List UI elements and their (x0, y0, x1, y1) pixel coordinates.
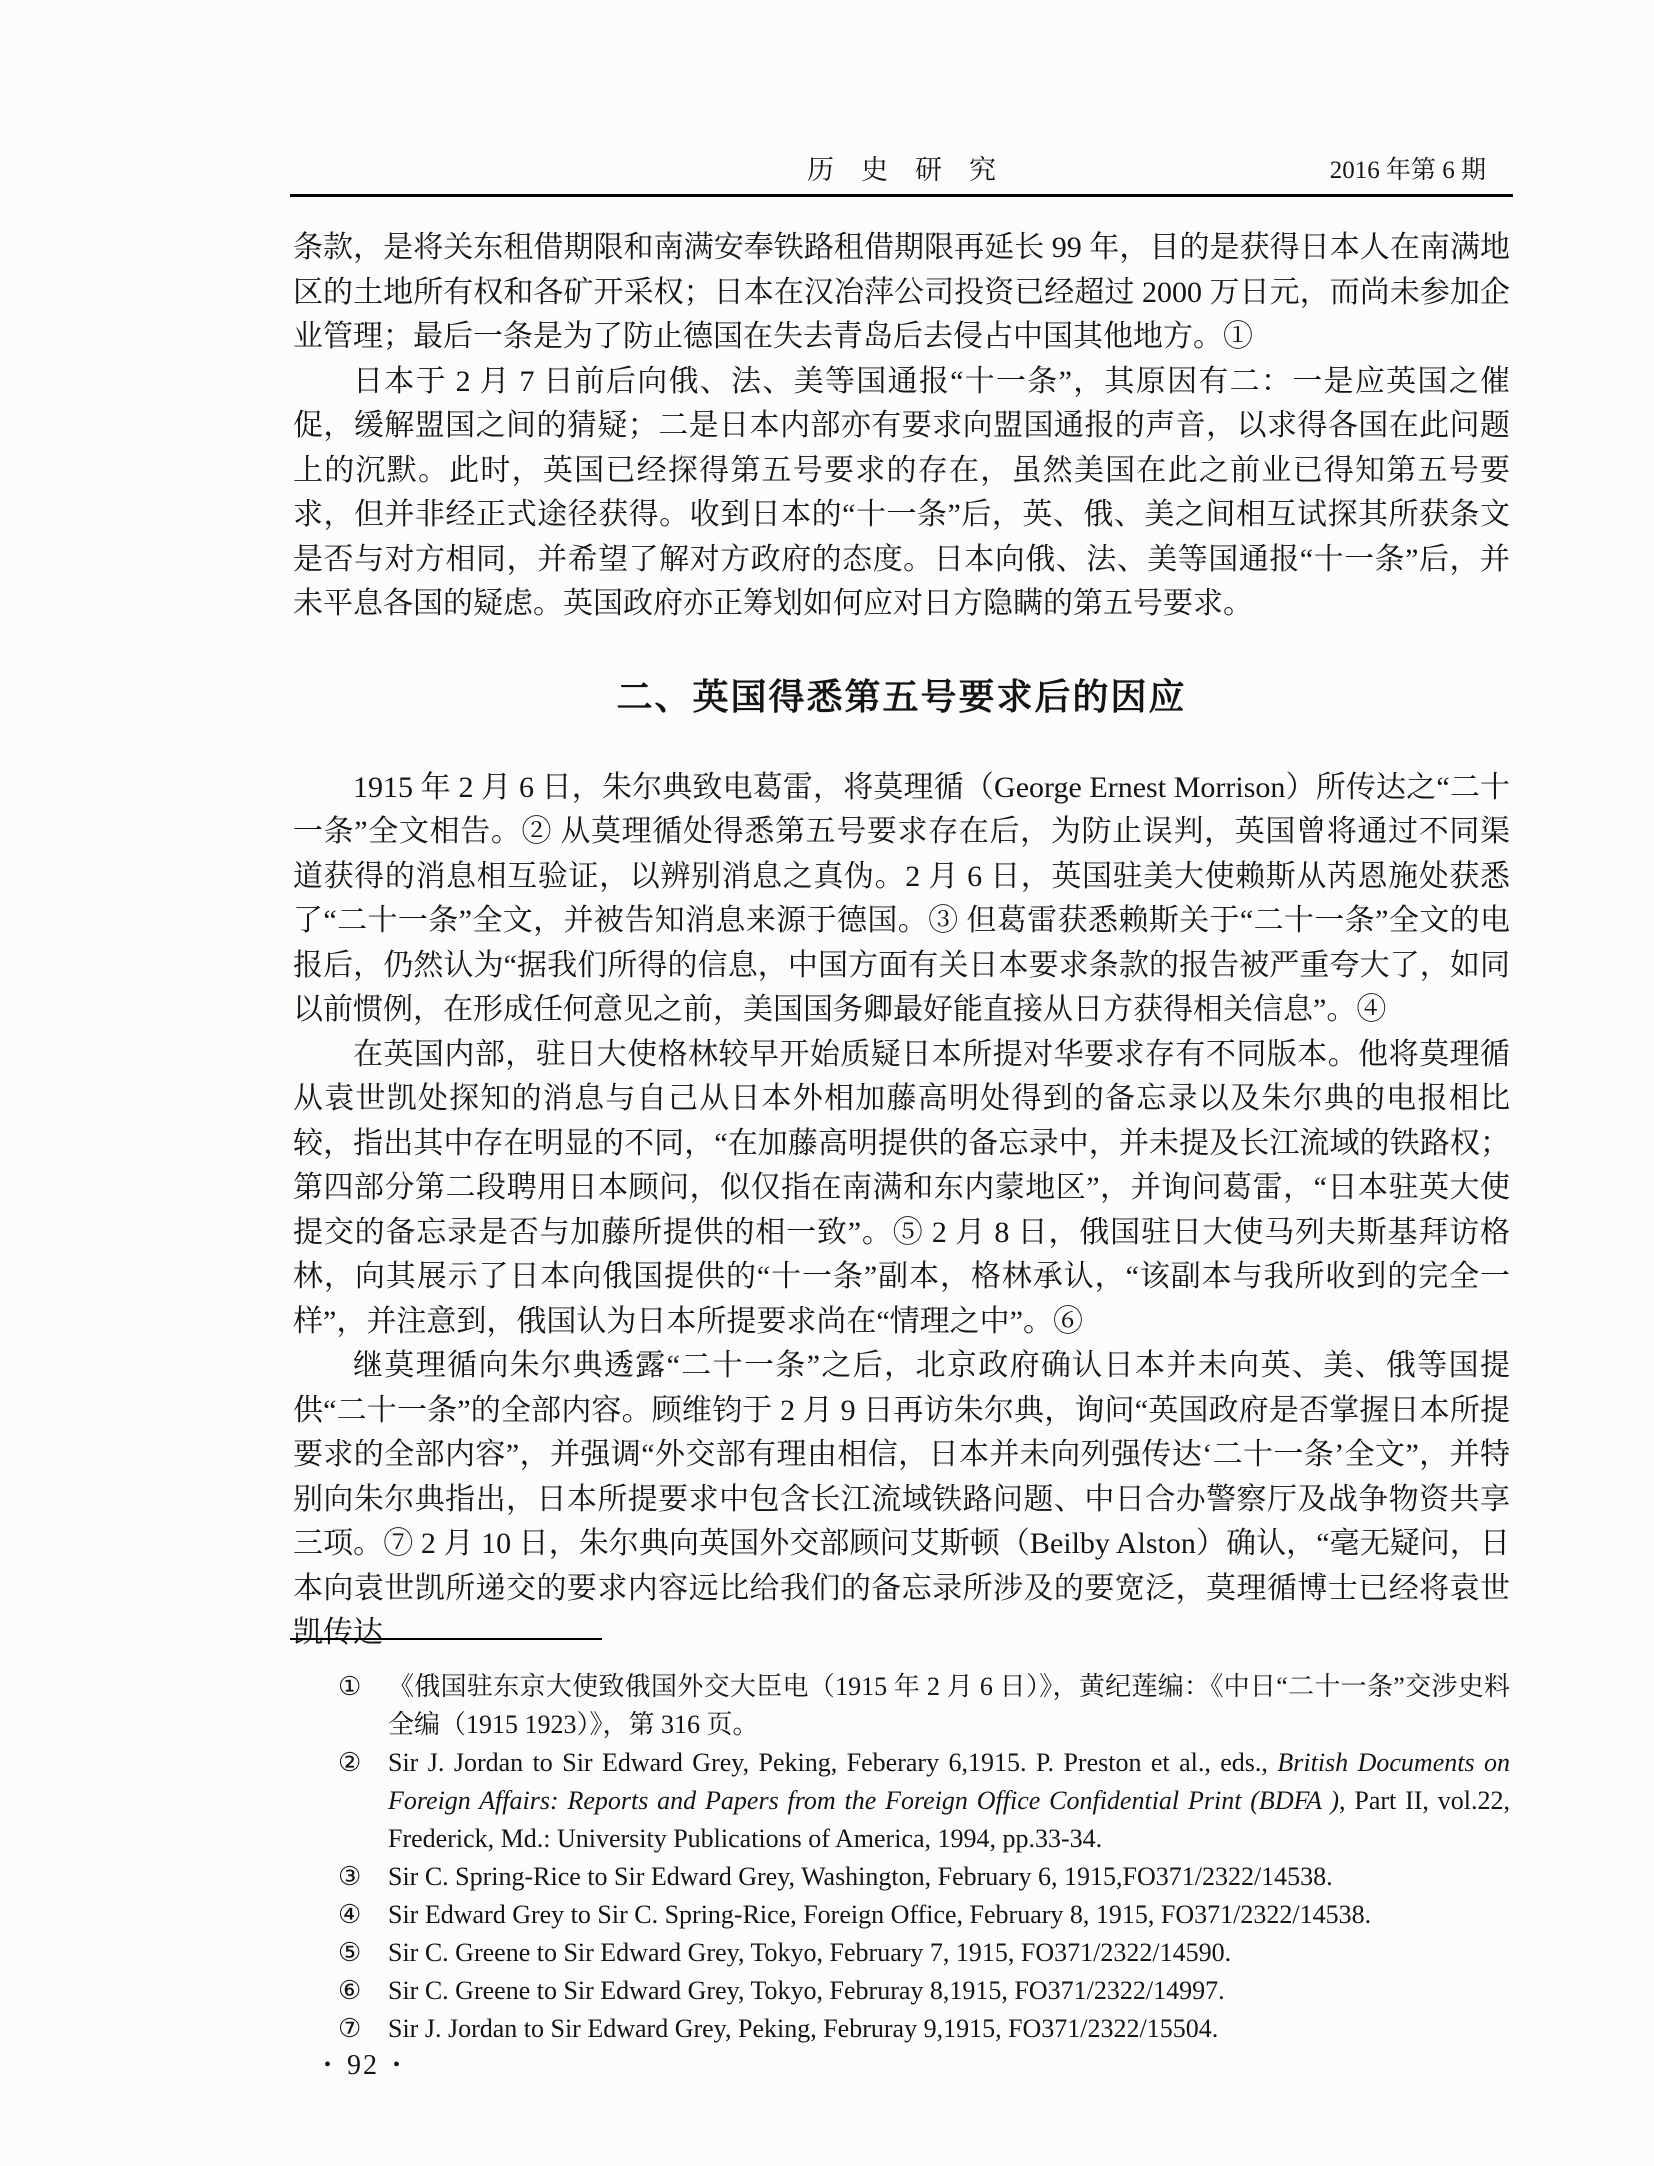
journal-title: 历史研究 (293, 148, 1510, 187)
footnote: ③ Sir C. Spring-Rice to Sir Edward Grey,… (293, 1858, 1510, 1896)
footnote-number: ③ (338, 1858, 361, 1896)
footnote-text: Sir C. Greene to Sir Edward Grey, Tokyo,… (388, 1976, 1225, 2005)
page-number-dot: • (379, 2054, 416, 2076)
footnote-number: ① (338, 1668, 361, 1706)
footnote-text: 《俄国驻东京大使致俄国外交大臣电（1915 年 2 月 6 日）》，黄纪莲编：《… (388, 1672, 1510, 1739)
footnote-number: ⑤ (338, 1934, 361, 1972)
footnote: ⑥ Sir C. Greene to Sir Edward Grey, Toky… (293, 1972, 1510, 2010)
paragraph: 在英国内部，驻日大使格林较早开始质疑日本所提对华要求存有不同版本。他将莫理循从袁… (293, 1033, 1510, 1345)
paragraph: 日本于 2 月 7 日前后向俄、法、美等国通报“十一条”，其原因有二：一是应英国… (293, 360, 1510, 627)
footnote-number: ⑦ (338, 2010, 361, 2048)
footnote-separator-rule (290, 1638, 602, 1640)
footnote: ① 《俄国驻东京大使致俄国外交大臣电（1915 年 2 月 6 日）》，黄纪莲编… (293, 1668, 1510, 1744)
paragraph: 1915 年 2 月 6 日，朱尔典致电葛雷，将莫理循（George Ernes… (293, 766, 1510, 1033)
page-number-value: 92 (347, 2050, 379, 2081)
page-number: •92• (310, 2050, 416, 2082)
footnote-text: Sir Edward Grey to Sir C. Spring-Rice, F… (388, 1900, 1371, 1929)
footnote-text: Sir C. Greene to Sir Edward Grey, Tokyo,… (388, 1938, 1231, 1967)
footnote: ⑤ Sir C. Greene to Sir Edward Grey, Toky… (293, 1934, 1510, 1972)
paragraph-continuation: 条款，是将关东租借期限和南满安奉铁路租借期限再延长 99 年，目的是获得日本人在… (293, 226, 1510, 360)
footnote-number: ② (338, 1744, 361, 1782)
header-rule (290, 194, 1513, 197)
journal-page: 历史研究 2016 年第 6 期 条款，是将关东租借期限和南满安奉铁路租借期限再… (0, 0, 1654, 2166)
issue-label: 2016 年第 6 期 (1330, 150, 1486, 186)
footnote-text: Sir J. Jordan to Sir Edward Grey, Peking… (388, 2014, 1218, 2043)
section-heading: 二、英国得悉第五号要求后的因应 (293, 673, 1510, 721)
footnote-number: ⑥ (338, 1972, 361, 2010)
footnote-text-plain: Sir J. Jordan to Sir Edward Grey, Peking… (388, 1748, 1277, 1777)
footnote-text: Sir J. Jordan to Sir Edward Grey, Peking… (388, 1748, 1510, 1853)
footnote: ⑦ Sir J. Jordan to Sir Edward Grey, Peki… (293, 2010, 1510, 2048)
paragraph: 继莫理循向朱尔典透露“二十一条”之后，北京政府确认日本并未向英、美、俄等国提供“… (293, 1344, 1510, 1656)
footnote-text: Sir C. Spring-Rice to Sir Edward Grey, W… (388, 1862, 1333, 1891)
footnote: ② Sir J. Jordan to Sir Edward Grey, Peki… (293, 1744, 1510, 1858)
page-number-dot: • (310, 2054, 347, 2076)
footnote-number: ④ (338, 1896, 361, 1934)
footnotes: ① 《俄国驻东京大使致俄国外交大臣电（1915 年 2 月 6 日）》，黄纪莲编… (293, 1668, 1510, 2048)
footnote: ④ Sir Edward Grey to Sir C. Spring-Rice,… (293, 1896, 1510, 1934)
article-body: 条款，是将关东租借期限和南满安奉铁路租借期限再延长 99 年，目的是获得日本人在… (293, 226, 1510, 1656)
running-head: 历史研究 2016 年第 6 期 (293, 148, 1510, 184)
